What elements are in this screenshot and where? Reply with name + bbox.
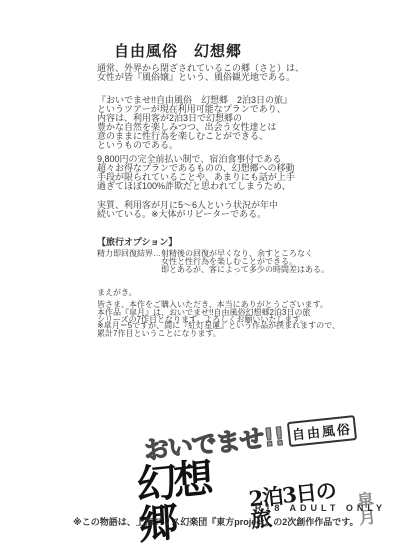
travel-option-label: 精力即回復結界… xyxy=(97,250,161,274)
travel-option-description: 射精後の回復が早くなり、余すところなく 女性と性行為を楽しむことができる。 即と… xyxy=(161,250,329,274)
logo-jiyu-fuzoku-badge: 自由風俗 xyxy=(287,415,357,447)
paragraph-users: 実質、利用客が月に5～6人という状況が年中 続いている。※大体がリピーターである… xyxy=(97,201,278,219)
document-page: 自由風俗 幻想郷 通常、外界から閉ざされているこの郷（さと）は、 女性が皆『風俗… xyxy=(0,0,400,559)
paragraph-series-note: ※皐月＝5ですが、間に『紅灯星蓮』という作品が挟まれますので、 累計7作目という… xyxy=(97,322,340,337)
travel-option-heading: 【旅行オプション】 xyxy=(97,238,177,247)
travel-option-item: 精力即回復結界… 射精後の回復が早くなり、余すところなく 女性と性行為を楽しむこ… xyxy=(97,250,329,274)
logo-gensokyo-text: 幻想郷 xyxy=(136,455,249,546)
paragraph-tour-plan: 『おいでませ!!自由風俗 幻想郷 2泊3日の旅』 というツアーが現在利用可能なプ… xyxy=(97,96,292,150)
preface-heading: まえがき。 xyxy=(97,288,137,297)
age-rating-label: R18 ADULT ONLY xyxy=(255,503,386,513)
paragraph-price: 9,800円の完全前払い制で、宿泊食事付である 超々お得なプランであるものの、幻… xyxy=(97,155,295,191)
paragraph-intro: 通常、外界から閉ざされているこの郷（さと）は、 女性が皆『風俗嬢』という、風俗観… xyxy=(97,64,304,82)
copyright-footer: ※この物語は、上海アリス幻楽団『東方project』の2次創作作品です。 xyxy=(73,515,359,528)
page-title: 自由風俗 幻想郷 xyxy=(114,40,242,61)
